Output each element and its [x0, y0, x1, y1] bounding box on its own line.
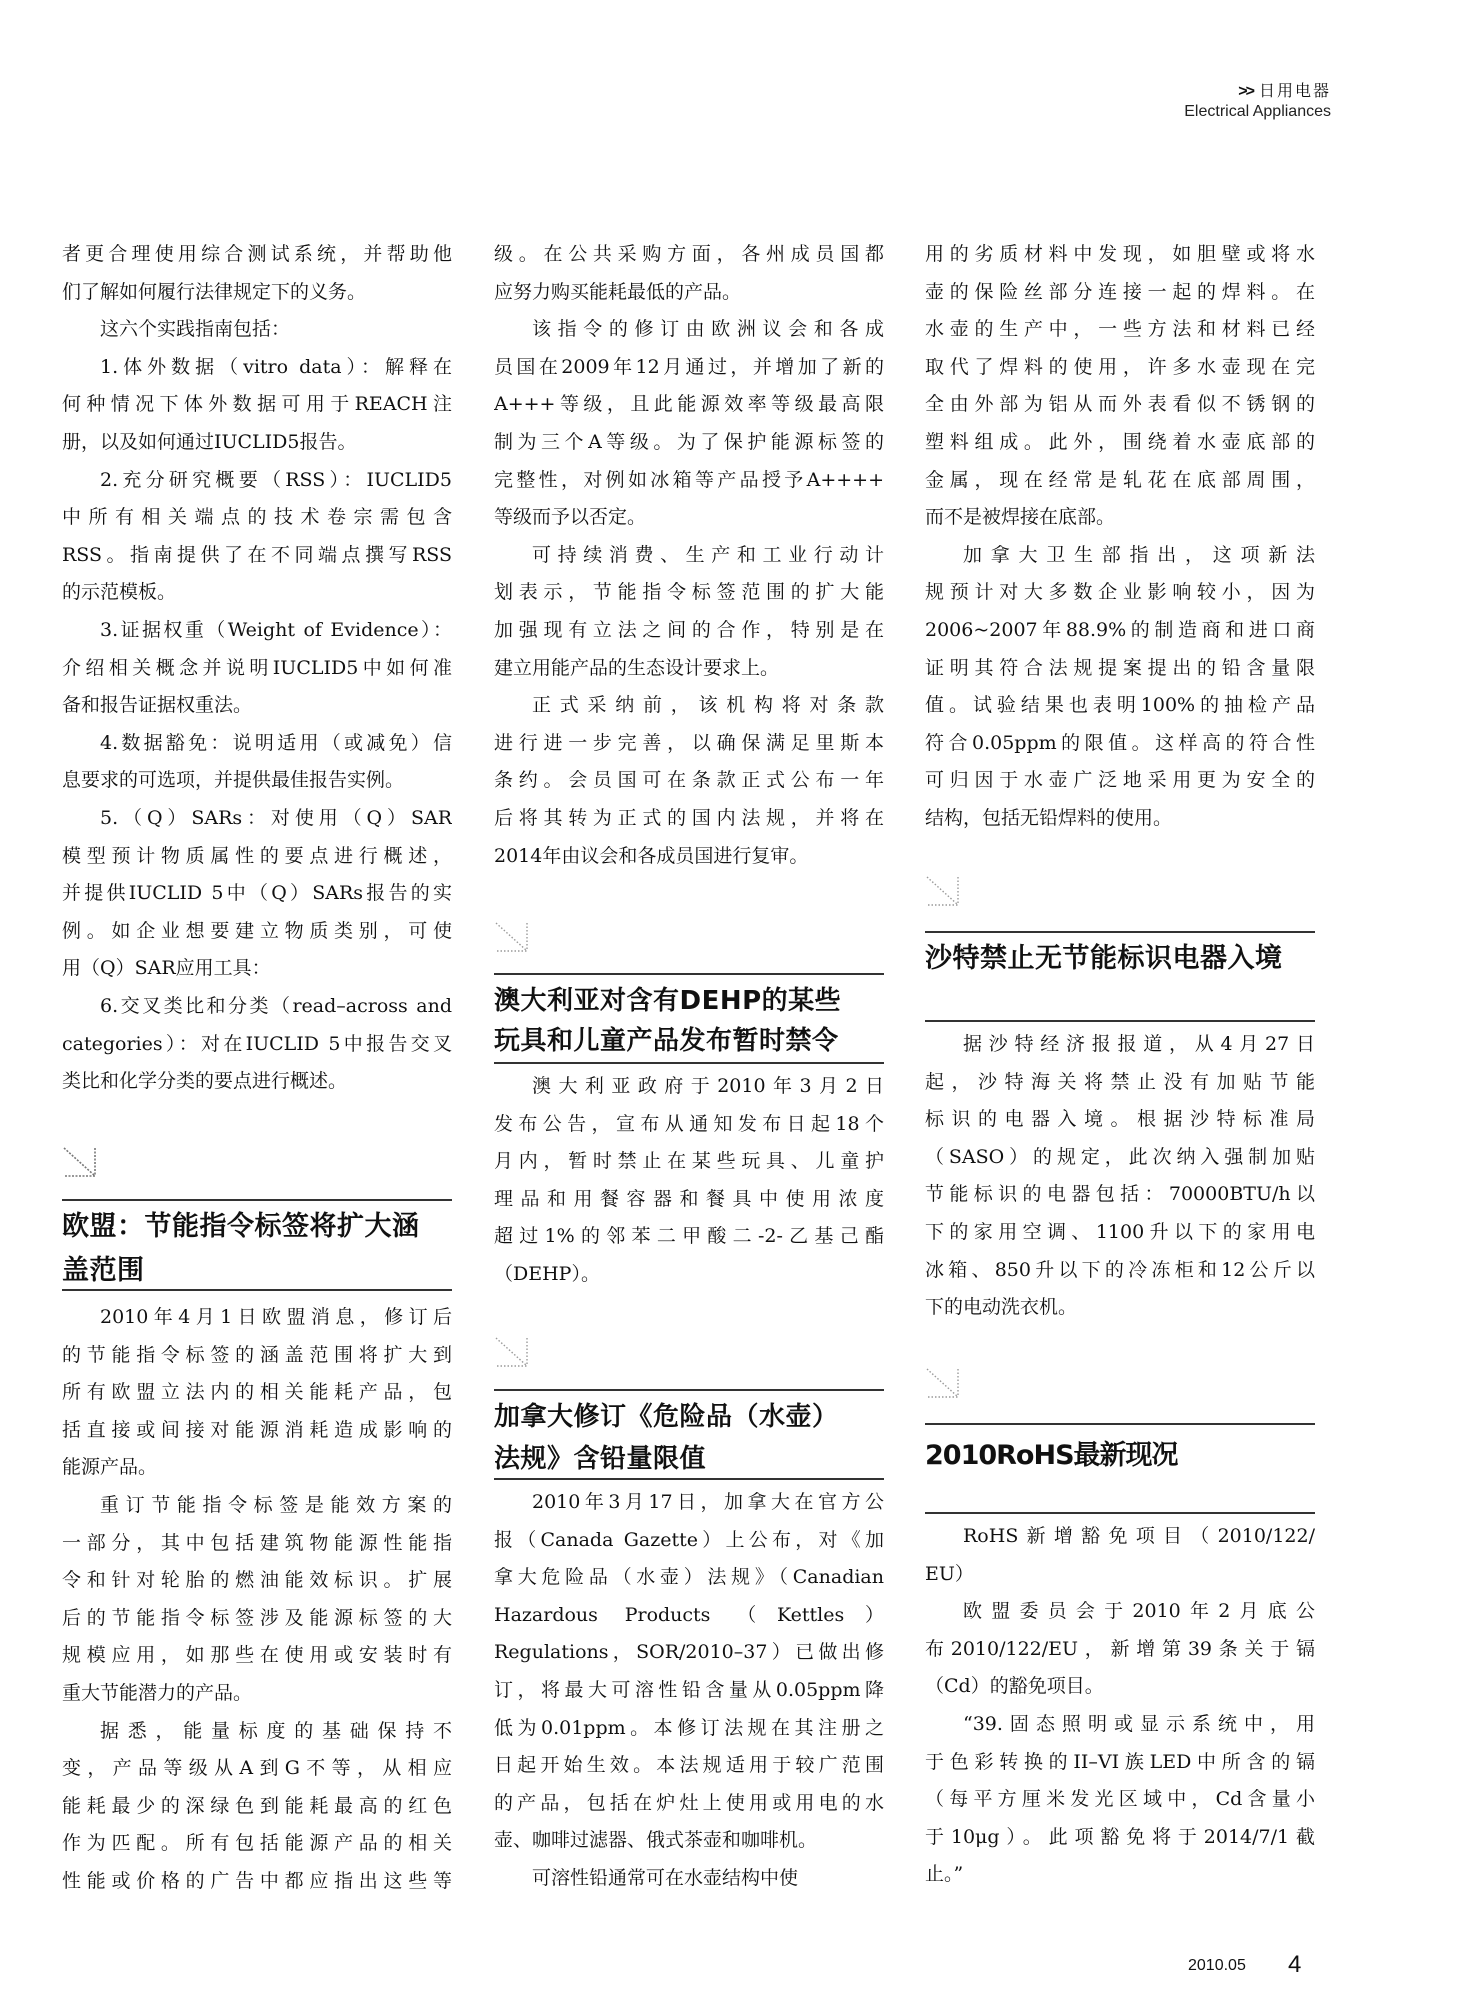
text-line: 令和针对轮胎的燃油能效标识。扩展: [62, 1565, 452, 1595]
article-title-saudi-energy-label: 沙特禁止无节能标识电器入境: [925, 940, 1315, 978]
text-line: 可溶性铅通常可在水壶结构中使: [494, 1863, 884, 1893]
text-line: 的产品，包括在炉灶上使用或用电的水: [494, 1788, 884, 1818]
text-line: 加强现有立法之间的合作，特别是在: [494, 615, 884, 645]
text-line: 模型预计物质属性的要点进行概述，: [62, 841, 452, 871]
article-title-australia-dehp-line2: 玩具和儿童产品发布暂时禁令: [494, 1022, 884, 1060]
text-line: 可持续消费、生产和工业行动计: [494, 540, 884, 570]
text-line: 员国在2009年12月通过，并增加了新的: [494, 352, 884, 382]
text-line: 这六个实践指南包括：: [62, 314, 452, 344]
text-line: 拿大危险品（水壶）法规》（Canadian: [494, 1562, 884, 1592]
text-line: 欧盟委员会于2010年2月底公: [925, 1596, 1315, 1626]
text-line: 者更合理使用综合测试系统，并帮助他: [62, 239, 452, 269]
text-line: 订，将最大可溶性铅含量从0.05ppm降: [494, 1675, 884, 1705]
text-line: 介绍相关概念并说明IUCLID5中如何准: [62, 653, 452, 683]
text-line: 例。如企业想要建立物质类别，可使: [62, 916, 452, 946]
issue-date: 2010.05: [1188, 1957, 1246, 1975]
text-line: 据悉，能量标度的基础保持不: [62, 1716, 452, 1746]
text-line: 括直接或间接对能源消耗造成影响的: [62, 1415, 452, 1445]
text-line: 条约。会员国可在条款正式公布一年: [494, 765, 884, 795]
text-line: 一部分，其中包括建筑物能源性能指: [62, 1528, 452, 1558]
text-line: 起，沙特海关将禁止没有加贴节能: [925, 1067, 1315, 1097]
section-arrow-icon: [925, 1366, 961, 1400]
text-line: 4.数据豁免：说明适用（或减免）信: [62, 728, 452, 758]
text-line: “39.固态照明或显示系统中，用: [925, 1709, 1315, 1739]
article-title-canada-kettles-line2: 法规》含铅量限值: [494, 1440, 884, 1478]
text-line: 澳大利亚政府于2010年3月2日: [494, 1071, 884, 1101]
text-line: 可归因于水壶广泛地采用更为安全的: [925, 765, 1315, 795]
text-line: 据沙特经济报报道，从4月27日: [925, 1029, 1315, 1059]
title-rule-top: [62, 1199, 452, 1201]
text-line: 取代了焊料的使用，许多水壶现在完: [925, 352, 1315, 382]
text-line: 3.证据权重（Weight of Evidence）：: [62, 615, 452, 645]
text-line: 划表示，节能指令标签范围的扩大能: [494, 577, 884, 607]
text-line: 能源产品。: [62, 1452, 452, 1482]
text-line: 该指令的修订由欧洲议会和各成: [494, 314, 884, 344]
text-line: 2006~2007年88.9%的制造商和进口商: [925, 615, 1315, 645]
text-line: 级。在公共采购方面，各州成员国都: [494, 239, 884, 269]
text-line: 值。试验结果也表明100%的抽检产品: [925, 690, 1315, 720]
section-arrow-icon: [62, 1145, 98, 1179]
text-line: 低为0.01ppm。本修订法规在其注册之: [494, 1713, 884, 1743]
text-line: 等级而予以否定。: [494, 502, 884, 532]
text-line: 规模应用，如那些在使用或安装时有: [62, 1640, 452, 1670]
text-line: 日起开始生效。本法规适用于较广范围: [494, 1750, 884, 1780]
text-line: 金属，现在经常是轧花在底部周围，: [925, 465, 1315, 495]
text-line: 息要求的可选项，并提供最佳报告实例。: [62, 765, 452, 795]
text-line: 的节能指令标签的涵盖范围将扩大到: [62, 1340, 452, 1370]
text-line: （Cd）的豁免项目。: [925, 1671, 1315, 1701]
text-line: 月内，暂时禁止在某些玩具、儿童护: [494, 1146, 884, 1176]
running-header: >>日用电器 Electrical Appliances: [1184, 82, 1331, 122]
title-rule-bottom: [494, 1478, 884, 1480]
text-line: 应努力购买能耗最低的产品。: [494, 277, 884, 307]
text-line: categories）：对在IUCLID 5中报告交叉: [62, 1029, 452, 1059]
text-line: 6.交叉类比和分类（read–across and: [62, 991, 452, 1021]
text-line: 水壶的生产中，一些方法和材料已经: [925, 314, 1315, 344]
text-line: 塑料组成。此外，围绕着水壶底部的: [925, 427, 1315, 457]
text-line: 册，以及如何通过IUCLID5报告。: [62, 427, 452, 457]
text-line: 理品和用餐容器和餐具中使用浓度: [494, 1184, 884, 1214]
text-line: 何种情况下体外数据可用于REACH注: [62, 389, 452, 419]
text-line: 加拿大卫生部指出，这项新法: [925, 540, 1315, 570]
title-rule-bottom: [62, 1289, 452, 1291]
text-line: 2010年3月17日，加拿大在官方公: [494, 1487, 884, 1517]
text-line: 类比和化学分类的要点进行概述。: [62, 1066, 452, 1096]
text-line: （每平方厘米发光区域中，Cd含量小: [925, 1784, 1315, 1814]
title-rule-bottom: [925, 1512, 1315, 1514]
text-line: 完整性，对例如冰箱等产品授予A++++: [494, 465, 884, 495]
text-line: 于色彩转换的II–VI族LED中所含的镉: [925, 1747, 1315, 1777]
text-line: 作为匹配。所有包括能源产品的相关: [62, 1828, 452, 1858]
text-line: 止。”: [925, 1859, 1315, 1889]
text-line: 并提供IUCLID 5中（Q）SARs报告的实: [62, 878, 452, 908]
text-line: RSS。指南提供了在不同端点撰写RSS: [62, 540, 452, 570]
text-line: 用的劣质材料中发现，如胆壁或将水: [925, 239, 1315, 269]
section-label: >>日用电器: [1184, 82, 1331, 102]
text-line: 后的节能指令标签涉及能源标签的大: [62, 1603, 452, 1633]
text-line: 证明其符合法规提案提出的铅含量限: [925, 653, 1315, 683]
text-line: （DEHP）。: [494, 1259, 884, 1289]
text-line: （SASO）的规定，此次纳入强制加贴: [925, 1142, 1315, 1172]
text-line: 重大节能潜力的产品。: [62, 1678, 452, 1708]
title-rule-top: [925, 931, 1315, 933]
text-line: 符合0.05ppm的限值。这样高的符合性: [925, 728, 1315, 758]
text-line: 用（Q）SAR应用工具：: [62, 953, 452, 983]
title-rule-top: [494, 973, 884, 975]
double-chevron-icon: >>: [1238, 83, 1253, 100]
article-title-rohs-2010: 2010RoHS最新现况: [925, 1437, 1315, 1475]
text-line: 制为三个A等级。为了保护能源标签的: [494, 427, 884, 457]
text-line: 全由外部为铝从而外表看似不锈钢的: [925, 389, 1315, 419]
text-line: 报（Canada Gazette）上公布，对《加: [494, 1525, 884, 1555]
text-line: 而不是被焊接在底部。: [925, 502, 1315, 532]
text-line: 能耗最少的深绿色到能耗最高的红色: [62, 1791, 452, 1821]
text-line: 2014年由议会和各成员国进行复审。: [494, 841, 884, 871]
text-line: 发布公告，宣布从通知发布日起18个: [494, 1109, 884, 1139]
text-line: 2010年4月1日欧盟消息，修订后: [62, 1302, 452, 1332]
text-line: Regulations，SOR/2010–37）已做出修: [494, 1637, 884, 1667]
title-rule-top: [925, 1423, 1315, 1425]
text-line: 性能或价格的广告中都应指出这些等: [62, 1866, 452, 1896]
text-line: 冰箱、850升以下的冷冻柜和12公斤以: [925, 1255, 1315, 1285]
text-line: 进行进一步完善，以确保满足里斯本: [494, 728, 884, 758]
text-line: 变，产品等级从A到G不等，从相应: [62, 1753, 452, 1783]
title-rule-top: [494, 1389, 884, 1391]
section-arrow-icon: [494, 1335, 530, 1369]
article-title-eu-energy-label-line2: 盖范围: [62, 1252, 452, 1290]
text-line: 所有欧盟立法内的相关能耗产品，包: [62, 1377, 452, 1407]
article-title-canada-kettles: 加拿大修订《危险品（水壶）: [494, 1398, 884, 1436]
text-line: 建立用能产品的生态设计要求上。: [494, 653, 884, 683]
text-line: 标识的电器入境。根据沙特标准局: [925, 1104, 1315, 1134]
text-line: EU）: [925, 1559, 1315, 1589]
text-line: 的示范模板。: [62, 577, 452, 607]
text-line: 超过1%的邻苯二甲酸二-2-乙基己酯: [494, 1221, 884, 1251]
text-line: 们了解如何履行法律规定下的义务。: [62, 277, 452, 307]
page-number: 4: [1288, 1951, 1301, 1979]
text-line: 备和报告证据权重法。: [62, 690, 452, 720]
section-arrow-icon: [925, 874, 961, 908]
article-title-australia-dehp: 澳大利亚对含有DEHP的某些: [494, 982, 884, 1020]
text-line: 布2010/122/EU，新增第39条关于镉: [925, 1634, 1315, 1664]
text-line: Hazardous Products （Kettles）: [494, 1600, 884, 1630]
text-line: 节能标识的电器包括：70000BTU/h以: [925, 1179, 1315, 1209]
text-line: A+++等级，且此能源效率等级最高限: [494, 389, 884, 419]
text-line: 重订节能指令标签是能效方案的: [62, 1490, 452, 1520]
text-line: 壶、咖啡过滤器、俄式茶壶和咖啡机。: [494, 1825, 884, 1855]
text-line: 壶的保险丝部分连接一起的焊料。在: [925, 277, 1315, 307]
text-line: 5.（Q）SARs：对使用（Q）SAR: [62, 803, 452, 833]
section-title-en: Electrical Appliances: [1184, 102, 1331, 122]
title-rule-bottom: [925, 1020, 1315, 1022]
text-line: 中所有相关端点的技术卷宗需包含: [62, 502, 452, 532]
text-line: 于10μg）。此项豁免将于2014/7/1截: [925, 1822, 1315, 1852]
text-line: RoHS新增豁免项目（2010/122/: [925, 1521, 1315, 1551]
text-line: 下的电动洗衣机。: [925, 1292, 1315, 1322]
text-line: 正式采纳前，该机构将对条款: [494, 690, 884, 720]
text-line: 下的家用空调、1100升以下的家用电: [925, 1217, 1315, 1247]
text-line: 2.充分研究概要（RSS）：IUCLID5: [62, 465, 452, 495]
article-title-eu-energy-label: 欧盟：节能指令标签将扩大涵: [62, 1208, 452, 1246]
section-arrow-icon: [494, 920, 530, 954]
text-line: 后将其转为正式的国内法规，并将在: [494, 803, 884, 833]
text-line: 结构，包括无铅焊料的使用。: [925, 803, 1315, 833]
title-rule-bottom: [494, 1062, 884, 1064]
text-line: 1.体外数据（vitro data）：解释在: [62, 352, 452, 382]
section-title-cn: 日用电器: [1259, 83, 1331, 100]
text-line: 规预计对大多数企业影响较小，因为: [925, 577, 1315, 607]
